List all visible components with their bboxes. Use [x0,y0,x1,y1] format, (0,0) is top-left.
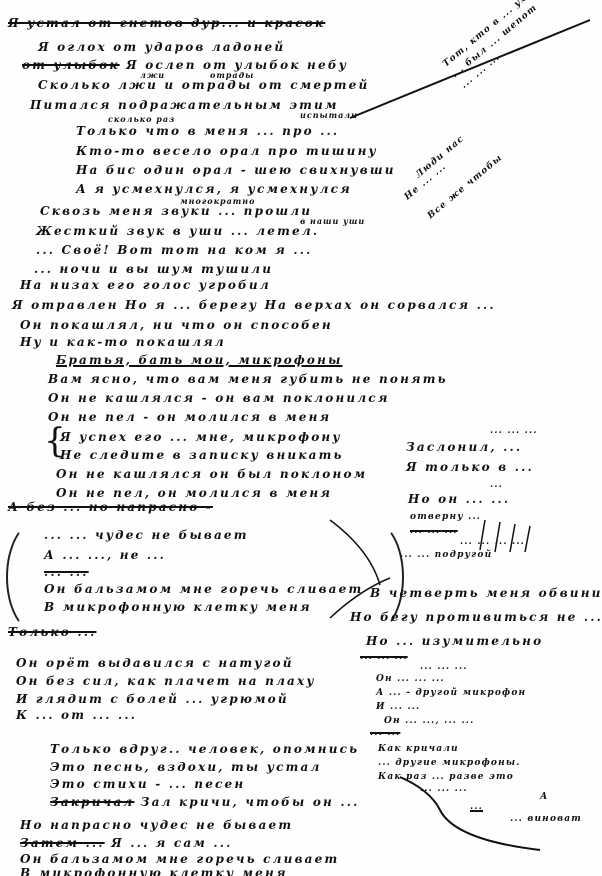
margin-note: ... другие микрофоны. [378,756,521,770]
line: Он бальзамом мне горечь сливает [44,582,363,596]
margin-note: Но он ... ... [408,492,510,506]
line: Только что в меня ... про ... [76,124,339,138]
margin-note: ... ... ... [410,524,458,538]
line: Жесткий звук в уши ... летел. [36,224,319,238]
margin-note: Но ... изумительно [366,634,543,648]
margin-note: ... ... ... [420,782,468,796]
margin-note: ... ... ... [360,650,408,664]
line: Я оглох от ударов ладоней [38,40,285,54]
margin-note: В четверть меня обвинит! [370,586,602,600]
line: ... Своё! Вот тот на ком я ... [36,243,313,257]
line: Питался подражательным этим [30,98,339,112]
struck-text: А без ... но напрасно - [8,500,213,514]
margin-note: ... ... ... ... [460,535,525,549]
struck-word: Закричал [50,795,134,809]
bracketed-line: Я успех его ... мне, микрофону [60,430,342,444]
margin-note: А ... - другой микрофон [376,686,526,700]
margin-note: А [540,790,549,804]
line: На бис один орал - шею свихнувши [76,163,396,177]
line: Он не кашлялся - он вам поклонился [48,391,390,405]
line: Я отравлен Но я ... берегу На верхах он … [12,298,496,312]
margin-note: И ... ... [376,700,420,714]
margin-diagonal-notes: Тот, кто в ... ухо ... был ... шепот ...… [440,0,554,92]
line: Он орёт выдавился с натугой [16,656,294,670]
line: Кто-то весело орал про тишину [76,144,378,158]
margin-note: Как кричали [378,742,459,756]
line: от улыбок Я ослеп от улыбок небу [22,58,348,72]
line: Сколько лжи и отрады от смертей [38,78,369,92]
margin-note: Но бегу противиться не ... [350,610,602,624]
margin-note: ... [470,800,483,814]
line: А ... ..., не ... [44,548,166,562]
line: ... ... чудес не бывает [44,528,249,542]
margin-note: ... ... подругой [400,548,492,562]
manuscript-page: Я устал от гнетов дур... и красок Я огло… [0,0,602,876]
margin-note: ... [490,478,503,492]
margin-note: ... ... ... [490,424,538,438]
line-text: Зал кричи, чтобы он ... [141,795,360,809]
interlinear-note: испытали [300,108,358,122]
line: Сквозь меня звуки ... прошли [40,204,312,218]
line: Братья, бать мои, микрофоны [56,353,343,367]
bracketed-line: Он не кашлялся он был поклоном [56,467,367,481]
line: ... ночи и вы шум тушили [34,262,273,276]
line: Вам ясно, что вам меня губить не понять [48,372,448,386]
line: Он покашлял, ни что он способен [20,318,333,332]
line: Только вдруг.. человек, опомнись [50,742,359,756]
line: Он бальзамом мне горечь сливает [20,852,339,866]
line: Он не пел - он молился в меня [48,410,331,424]
margin-note: Он ... ... ... [376,672,445,686]
margin-note: Я только в ... [406,460,534,474]
struck-word: от улыбок [22,58,120,72]
margin-note: Заслонил, ... [406,440,522,454]
bracketed-line: Не следите в записку вникать [60,448,344,462]
line: Закричал Зал кричи, чтобы он ... [50,795,359,809]
line: И глядит с болей ... угрюмой [16,692,289,706]
line: Но напрасно чудес не бывает [20,818,293,832]
line-text: Я ... я сам ... [111,836,232,850]
line: Это стихи - ... песен [50,777,245,791]
line: В микрофонную клетку меня [44,600,312,614]
bracketed-line: Он не пел, он молился в меня [56,486,332,500]
struck-title: Я устал от гнетов дур... и красок [8,16,325,30]
line: Это песнь, вздохи, ты устал [50,760,321,774]
struck-word: Затем ... [20,836,105,850]
margin-note: ... ... [370,726,400,740]
struck-head: А без ... но напрасно - [8,500,213,514]
line: В микрофонную клетку меня [20,866,288,876]
line: К ... от ... ... [16,708,137,722]
line: Затем ... Я ... я сам ... [20,836,232,850]
line: ... ... [44,565,89,579]
struck-head: Только ... [8,625,96,639]
margin-note: ... виноват [510,812,582,826]
line: На низах его голос угробил [20,278,271,292]
line: Ну и как-то покашлял [20,335,226,349]
line: Он без сил, как плачет на плаху [16,674,316,688]
margin-note: отверну ... [410,510,481,524]
